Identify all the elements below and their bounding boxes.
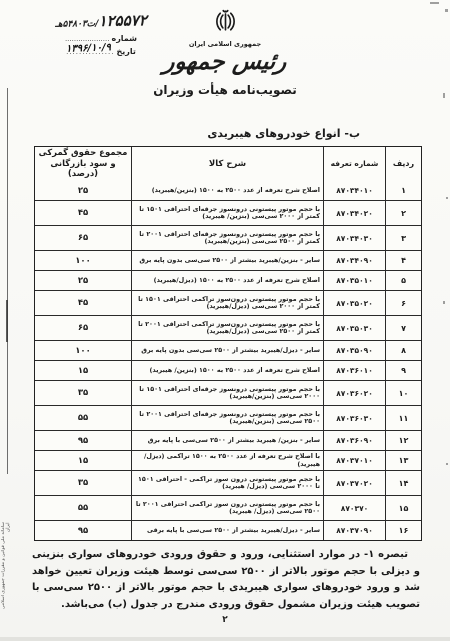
duty-percent-cell: ۴۵ — [35, 291, 131, 315]
table-row: ۵ ۸۷۰۳۵۰۱۰ اصلاح شرح تعرفه از عدد ۲۵۰۰ ب… — [35, 270, 421, 290]
goods-description-cell: سایر - بنزین/هیبرید بیشتر از ۲۵۰۰ سی‌سی … — [131, 251, 323, 270]
duty-percent-cell: ۱۵ — [35, 451, 131, 470]
table-row: ۶ ۸۷۰۳۵۰۲۰ با حجم موتور پیستونی درون‌سوز… — [35, 290, 421, 315]
handwritten-date: ۱۳۹۶/۱۰/۹ — [65, 42, 110, 55]
tariff-number-cell: ۸۷۰۳۷۰۲۰ — [323, 471, 385, 495]
scan-speck — [443, 301, 445, 304]
row-number-cell: ۵ — [385, 271, 421, 290]
date-label: تاریخ — [117, 47, 136, 56]
scan-speck — [445, 9, 448, 12]
table-row: ۳ ۸۷۰۳۴۰۳۰ با حجم موتور پیستونی درونسوز … — [35, 225, 421, 250]
goods-description-cell: سایر - بنزین/ هیبرید بیشتر از ۲۵۰۰ سی‌سی… — [131, 431, 323, 450]
tariff-number-cell: ۸۷۰۳۵۰۱۰ — [323, 271, 385, 290]
table-row: ۱۵ ۸۷۰۳۷۰ با حجم موتور پیستونی درون سوز … — [35, 495, 421, 520]
scan-speck — [446, 197, 448, 199]
tariff-number-cell: ۸۷۰۳۶۰۳۰ — [323, 406, 385, 430]
iran-emblem-icon — [212, 8, 239, 35]
row-number-cell: ۹ — [385, 361, 421, 380]
goods-description-cell: با حجم موتور پیستونی درون‌سوز تراکمی احت… — [131, 291, 323, 315]
row-number-cell: ۸ — [385, 341, 421, 360]
row-number-cell: ۲ — [385, 201, 421, 225]
scan-edge-blob — [6, 300, 8, 342]
tariff-number-cell: ۸۷۰۳۷۰۹۰ — [323, 521, 385, 540]
scan-speck — [446, 463, 448, 465]
duty-percent-cell: ۴۵ — [35, 201, 131, 225]
scan-speck — [430, 2, 439, 4]
goods-description-cell: با اصلاح شرح تعرفه از عدد ۲۵۰۰ به ۱۵۰۰ ت… — [131, 451, 323, 470]
margin-vertical-note: سامانه ملی قوانین و مقررات جمهوری اسلامی… — [1, 522, 11, 618]
table-body: ۱ ۸۷۰۳۴۰۱۰ اصلاح شرح تعرفه از عدد ۲۵۰۰ ب… — [35, 181, 421, 540]
table-row: ۱۲ ۸۷۰۳۶۰۹۰ سایر - بنزین/ هیبرید بیشتر ا… — [35, 430, 421, 450]
table-row: ۴ ۸۷۰۳۴۰۹۰ سایر - بنزین/هیبرید بیشتر از … — [35, 250, 421, 270]
tariff-number-cell: ۸۷۰۳۶۰۱۰ — [323, 361, 385, 380]
table-row: ۱۴ ۸۷۰۳۷۰۲۰ با حجم موتور پیستونی درون سو… — [35, 470, 421, 495]
duty-percent-cell: ۹۵ — [35, 431, 131, 450]
section-title: ب- انواع خودروهای هیبریدی — [207, 127, 360, 140]
goods-description-cell: با حجم موتور پیستونی درونسوز جرقه‌ای احت… — [131, 406, 323, 430]
header-duty-percent: مجموع حقوق گمرکی و سود بازرگانی (درصد) — [35, 147, 131, 181]
goods-description-cell: اصلاح شرح تعرفه از عدد ۲۵۰۰ به ۱۵۰۰ (دیز… — [131, 271, 323, 290]
table-row: ۹ ۸۷۰۳۶۰۱۰ اصلاح شرح تعرفه از عدد ۲۵۰۰ ب… — [35, 360, 421, 380]
header-tariff-number: شماره تعرفه — [323, 147, 385, 181]
document-page: ۱۲۵۵۷۲/ت۵۴۸۰۳هـ شماره...................… — [0, 0, 450, 641]
tariff-number-cell: ۸۷۰۳۶۰۲۰ — [323, 381, 385, 405]
row-number-cell: ۴ — [385, 251, 421, 270]
table-row: ۱۶ ۸۷۰۳۷۰۹۰ سایر - دیزل/هیبرید بیشتر از … — [35, 520, 421, 540]
tariff-number-cell: ۸۷۰۳۴۰۲۰ — [323, 201, 385, 225]
duty-percent-cell: ۱۰۰ — [35, 341, 131, 360]
duty-percent-cell: ۲۵ — [35, 181, 131, 200]
goods-description-cell: با حجم موتور پیستونی درون سوز تراکمی - ا… — [131, 471, 323, 495]
table-row: ۱۰ ۸۷۰۳۶۰۲۰ با حجم موتور پیستونی درونسوز… — [35, 380, 421, 405]
tariff-number-cell: ۸۷۰۳۷۰۱۰ — [323, 451, 385, 470]
country-name: جمهوری اسلامی ایران — [145, 40, 305, 48]
row-number-cell: ۷ — [385, 316, 421, 340]
letterhead-center: جمهوری اسلامی ایران رئیس جمهور تصویب‌نام… — [145, 8, 305, 97]
row-number-cell: ۱۴ — [385, 471, 421, 495]
duty-percent-cell: ۵۵ — [35, 406, 131, 430]
row-number-cell: ۳ — [385, 226, 421, 250]
scan-speck — [443, 93, 445, 98]
table-row: ۸ ۸۷۰۳۵۰۹۰ سایر - دیزل/هیبرید بیشتر از ۲… — [35, 340, 421, 360]
row-number-cell: ۱ — [385, 181, 421, 200]
tariff-number-cell: ۸۷۰۳۴۰۳۰ — [323, 226, 385, 250]
table-row: ۱۳ ۸۷۰۳۷۰۱۰ با اصلاح شرح تعرفه از عدد ۲۵… — [35, 450, 421, 470]
header-goods-description: شرح کالا — [131, 147, 323, 181]
row-number-cell: ۱۵ — [385, 496, 421, 520]
row-number-cell: ۱۲ — [385, 431, 421, 450]
duty-percent-cell: ۳۵ — [35, 471, 131, 495]
president-calligraphy: رئیس جمهور — [144, 50, 307, 75]
page-number: ۲ — [0, 615, 450, 625]
goods-description-cell: با حجم موتور پیستونی درونسوز جرقه‌ای احت… — [131, 226, 323, 250]
tariff-number-cell: ۸۷۰۳۵۰۹۰ — [323, 341, 385, 360]
goods-description-cell: با حجم موتور پیستونی درونسوز جرقه‌ای احت… — [131, 201, 323, 225]
tariff-number-cell: ۸۷۰۳۵۰۲۰ — [323, 291, 385, 315]
goods-description-cell: با حجم موتور پیستونی درون سوز تراکمی احت… — [131, 496, 323, 520]
table-row: ۱ ۸۷۰۳۴۰۱۰ اصلاح شرح تعرفه از عدد ۲۵۰۰ ب… — [35, 181, 421, 200]
goods-description-cell: با حجم موتور پیستونی درونسوز جرقه‌ای احت… — [131, 381, 323, 405]
number-label: شماره — [111, 34, 137, 43]
scan-edge-line — [7, 88, 8, 474]
row-number-cell: ۱۱ — [385, 406, 421, 430]
duty-percent-cell: ۱۰۰ — [35, 251, 131, 270]
goods-description-cell: اصلاح شرح تعرفه از عدد ۲۵۰۰ به ۱۵۰۰ (بنز… — [131, 181, 323, 200]
table-header-row: ردیف شماره تعرفه شرح کالا مجموع حقوق گمر… — [35, 147, 421, 181]
goods-description-cell: اصلاح شرح تعرفه از عدد ۲۵۰۰ به ۱۵۰۰ (بنز… — [131, 361, 323, 380]
tariff-number-cell: ۸۷۰۳۵۰۳۰ — [323, 316, 385, 340]
duty-percent-cell: ۶۵ — [35, 226, 131, 250]
duty-percent-cell: ۶۵ — [35, 316, 131, 340]
duty-percent-cell: ۲۵ — [35, 271, 131, 290]
goods-description-cell: با حجم موتور پیستونی درون‌سوز تراکمی احت… — [131, 316, 323, 340]
footnote-tabsareh-1: تبصره ۱- در موارد استثنایی، ورود و حقوق … — [32, 547, 420, 613]
scan-bottom-smudge — [0, 637, 450, 641]
row-number-cell: ۶ — [385, 291, 421, 315]
duty-percent-cell: ۹۵ — [35, 521, 131, 540]
document-type-title: تصویب‌نامه هیأت وزیران — [145, 83, 305, 97]
row-number-cell: ۱۳ — [385, 451, 421, 470]
duty-percent-cell: ۵۵ — [35, 496, 131, 520]
row-number-cell: ۱۰ — [385, 381, 421, 405]
tariff-number-cell: ۸۷۰۳۴۰۱۰ — [323, 181, 385, 200]
tariff-number-cell: ۸۷۰۳۶۰۹۰ — [323, 431, 385, 450]
goods-description-cell: سایر - دیزل/هیبرید بیشتر از ۲۵۰۰ سی‌سی ب… — [131, 521, 323, 540]
tariff-number-cell: ۸۷۰۳۴۰۹۰ — [323, 251, 385, 270]
table-row: ۷ ۸۷۰۳۵۰۳۰ با حجم موتور پیستونی درون‌سوز… — [35, 315, 421, 340]
table-row: ۲ ۸۷۰۳۴۰۲۰ با حجم موتور پیستونی درونسوز … — [35, 200, 421, 225]
hybrid-vehicles-table: ردیف شماره تعرفه شرح کالا مجموع حقوق گمر… — [34, 146, 422, 541]
tariff-number-cell: ۸۷۰۳۷۰ — [323, 496, 385, 520]
duty-percent-cell: ۳۵ — [35, 381, 131, 405]
row-number-cell: ۱۶ — [385, 521, 421, 540]
table-row: ۱۱ ۸۷۰۳۶۰۳۰ با حجم موتور پیستونی درونسوز… — [35, 405, 421, 430]
header-row-number: ردیف — [385, 147, 421, 181]
goods-description-cell: سایر - دیزل/هیبرید بیشتر از ۲۵۰۰ سی‌سی ب… — [131, 341, 323, 360]
duty-percent-cell: ۱۵ — [35, 361, 131, 380]
